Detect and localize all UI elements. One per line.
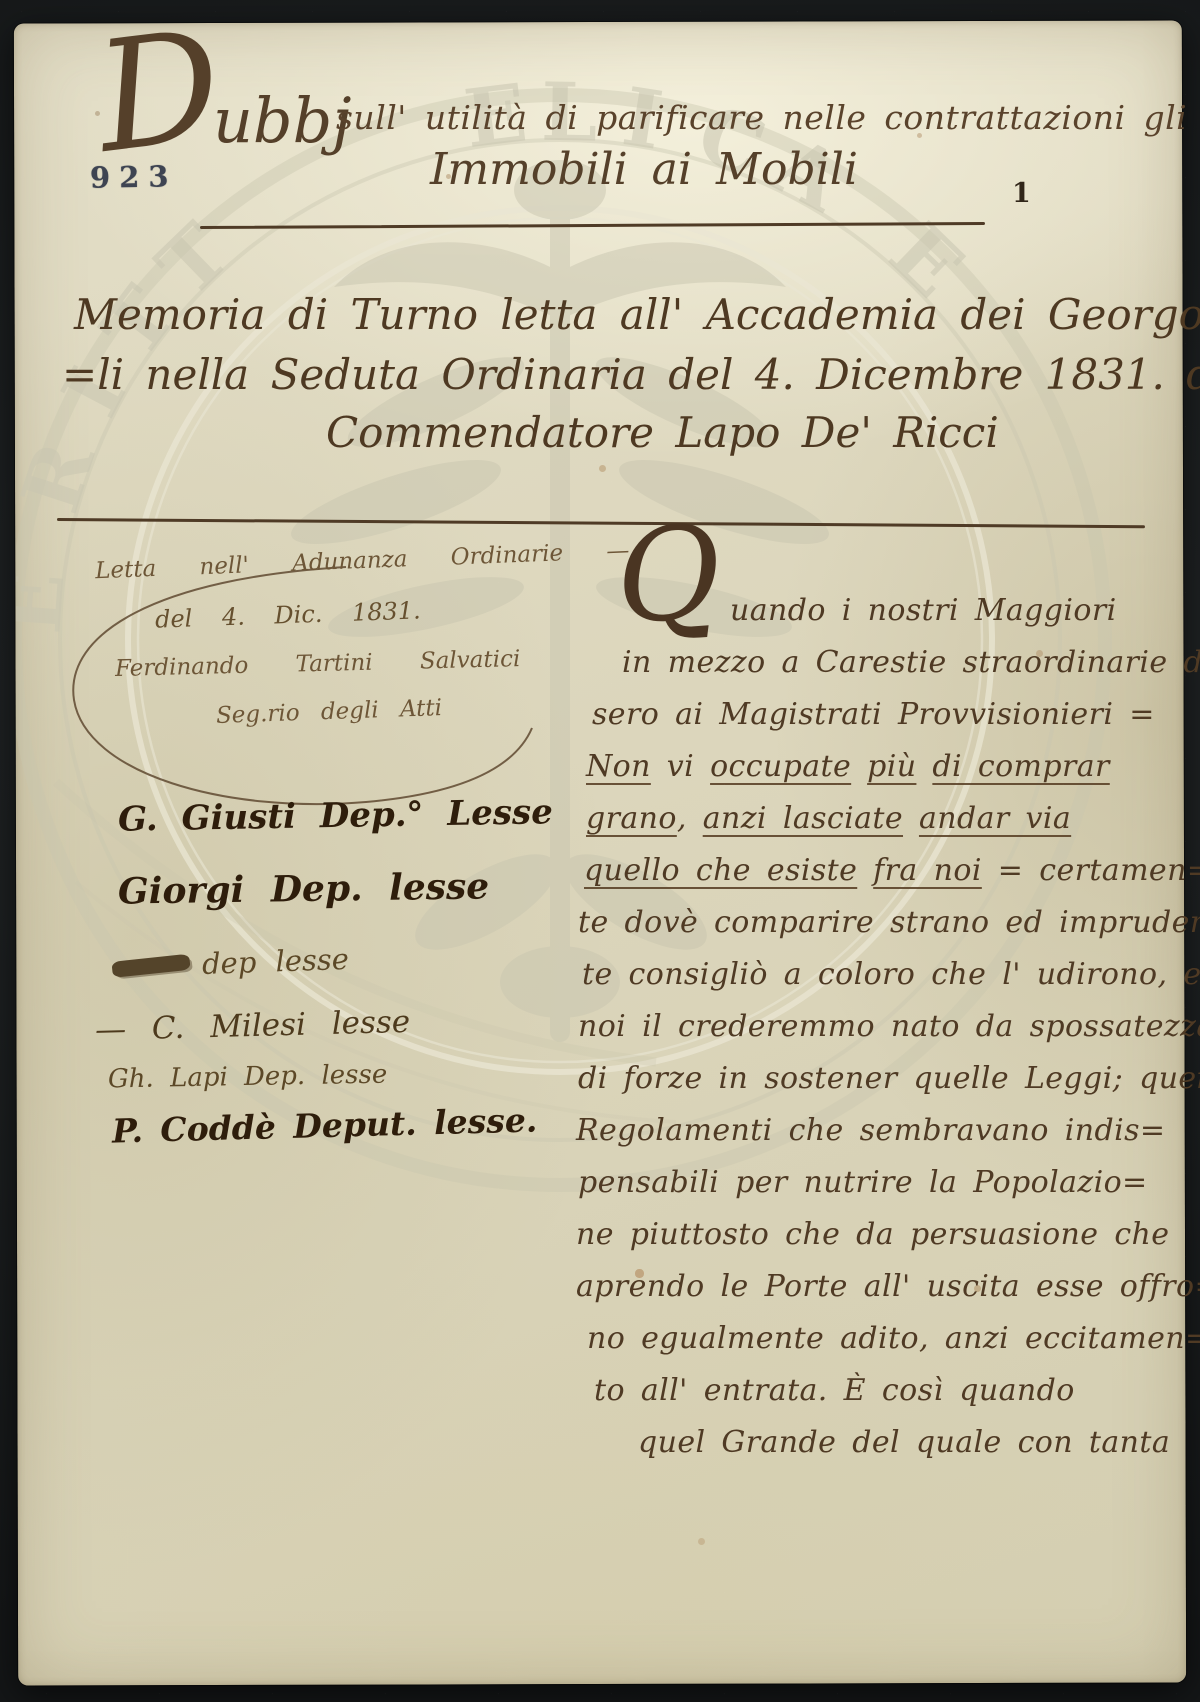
underlined-text-segment: di comprar xyxy=(932,749,1109,784)
folio-number: 1 xyxy=(1012,178,1031,209)
underlined-text-segment: Non xyxy=(586,749,651,784)
text-segment: sero ai Magistrati Provvisionieri = xyxy=(592,697,1155,732)
underlined-text-segment: anzi lasciate xyxy=(703,801,903,836)
title-initial: D xyxy=(89,9,228,175)
main-text-line: pensabili per nutrire la Popolazio= xyxy=(578,1157,1118,1209)
main-text-line: Non vi occupate più di comprar xyxy=(578,741,1118,793)
text-segment: = certamen= xyxy=(982,853,1200,888)
text-segment xyxy=(857,853,873,888)
main-text-line: sero ai Magistrati Provvisionieri = xyxy=(578,689,1118,741)
main-text-line: noi il crederemmo nato da spossatezza xyxy=(578,1001,1118,1053)
main-text-line: quello che esiste fra noi = certamen= xyxy=(578,845,1118,897)
text-segment: te consigliò a coloro che l' udirono, e xyxy=(582,957,1200,992)
underlined-text-segment: grano xyxy=(586,801,677,836)
main-text-line: te dovè comparire strano ed impruden= xyxy=(578,897,1118,949)
text-segment: pensabili per nutrire la Popolazio= xyxy=(578,1165,1148,1200)
main-text-line: Regolamenti che sembravano indis= xyxy=(578,1105,1118,1157)
text-segment: , xyxy=(677,801,703,836)
text-segment: ne piuttosto che da persuasione che xyxy=(576,1217,1169,1252)
main-text-line: di forze in sostener quelle Leggi; quei xyxy=(578,1053,1118,1105)
main-text-line: to all' entrata. È così quando xyxy=(578,1365,1118,1417)
signature-text: dep lesse xyxy=(201,942,349,981)
text-segment: Regolamenti che sembravano indis= xyxy=(576,1113,1165,1148)
signature-text: G. Giusti Dep.° Lesse xyxy=(118,792,553,840)
main-text-line: uando i nostri Maggiori xyxy=(578,585,1118,637)
text-segment xyxy=(903,801,919,836)
text-segment: uando i nostri Maggiori xyxy=(730,593,1117,628)
title-line2: Immobili ai Mobili xyxy=(430,144,858,195)
text-segment: vi xyxy=(651,749,710,784)
title-word: ubbj xyxy=(213,84,352,157)
signature-text: Giorgi Dep. lesse xyxy=(118,865,490,912)
title-line1: sull' utilità di parificare nelle contra… xyxy=(336,98,1187,137)
main-text-line: in mezzo a Carestie straordinarie dis= xyxy=(578,637,1118,689)
heading-line-2: =li nella Seduta Ordinaria del 4. Dicemb… xyxy=(62,350,1200,399)
text-segment: quel Grande del quale con tanta xyxy=(638,1425,1170,1460)
scanned-manuscript-page: ERITTELICAE 923 1 D ubbj sull' utilità d… xyxy=(0,0,1200,1702)
main-text-line: te consigliò a coloro che l' udirono, e xyxy=(578,949,1118,1001)
main-text-column: uando i nostri Maggioriin mezzo a Carest… xyxy=(578,585,1118,1469)
text-segment: di forze in sostener quelle Leggi; quei xyxy=(578,1061,1200,1096)
underlined-text-segment: quello che esiste xyxy=(584,853,857,888)
text-segment xyxy=(916,749,932,784)
underlined-text-segment: fra noi xyxy=(873,853,982,888)
text-segment: to all' entrata. È così quando xyxy=(594,1373,1075,1408)
ink-blot xyxy=(111,954,190,978)
foxing-spots xyxy=(0,0,3,3)
text-segment: noi il crederemmo nato da spossatezza xyxy=(578,1009,1200,1044)
underlined-text-segment: più xyxy=(867,749,916,784)
main-text-line: grano, anzi lasciate andar via xyxy=(578,793,1118,845)
underlined-text-segment: andar via xyxy=(919,801,1071,836)
text-segment: no egualmente adito, anzi eccitamen= xyxy=(587,1321,1200,1356)
text-segment xyxy=(851,749,867,784)
signature-text: Gh. Lapi Dep. lesse xyxy=(108,1060,388,1095)
underlined-text-segment: occupate xyxy=(710,749,851,784)
heading-line-1: Memoria di Turno letta all' Accademia de… xyxy=(74,290,1200,339)
main-text-line: aprendo le Porte all' uscita esse offro= xyxy=(578,1261,1118,1313)
heading-line-3: Commendatore Lapo De' Ricci xyxy=(326,408,999,457)
signature-line: G. Giusti Dep.° Lesse xyxy=(118,792,553,840)
text-segment: aprendo le Porte all' uscita esse offro= xyxy=(576,1269,1200,1304)
signature-line: Giorgi Dep. lesse xyxy=(118,865,490,912)
signature-line: Gh. Lapi Dep. lesse xyxy=(108,1060,388,1095)
main-text-line: no egualmente adito, anzi eccitamen= xyxy=(578,1313,1118,1365)
main-text-line: quel Grande del quale con tanta xyxy=(578,1417,1118,1469)
text-segment: in mezzo a Carestie straordinarie dis= xyxy=(622,645,1200,680)
main-text-line: ne piuttosto che da persuasione che xyxy=(578,1209,1118,1261)
text-segment: te dovè comparire strano ed impruden= xyxy=(578,905,1200,940)
